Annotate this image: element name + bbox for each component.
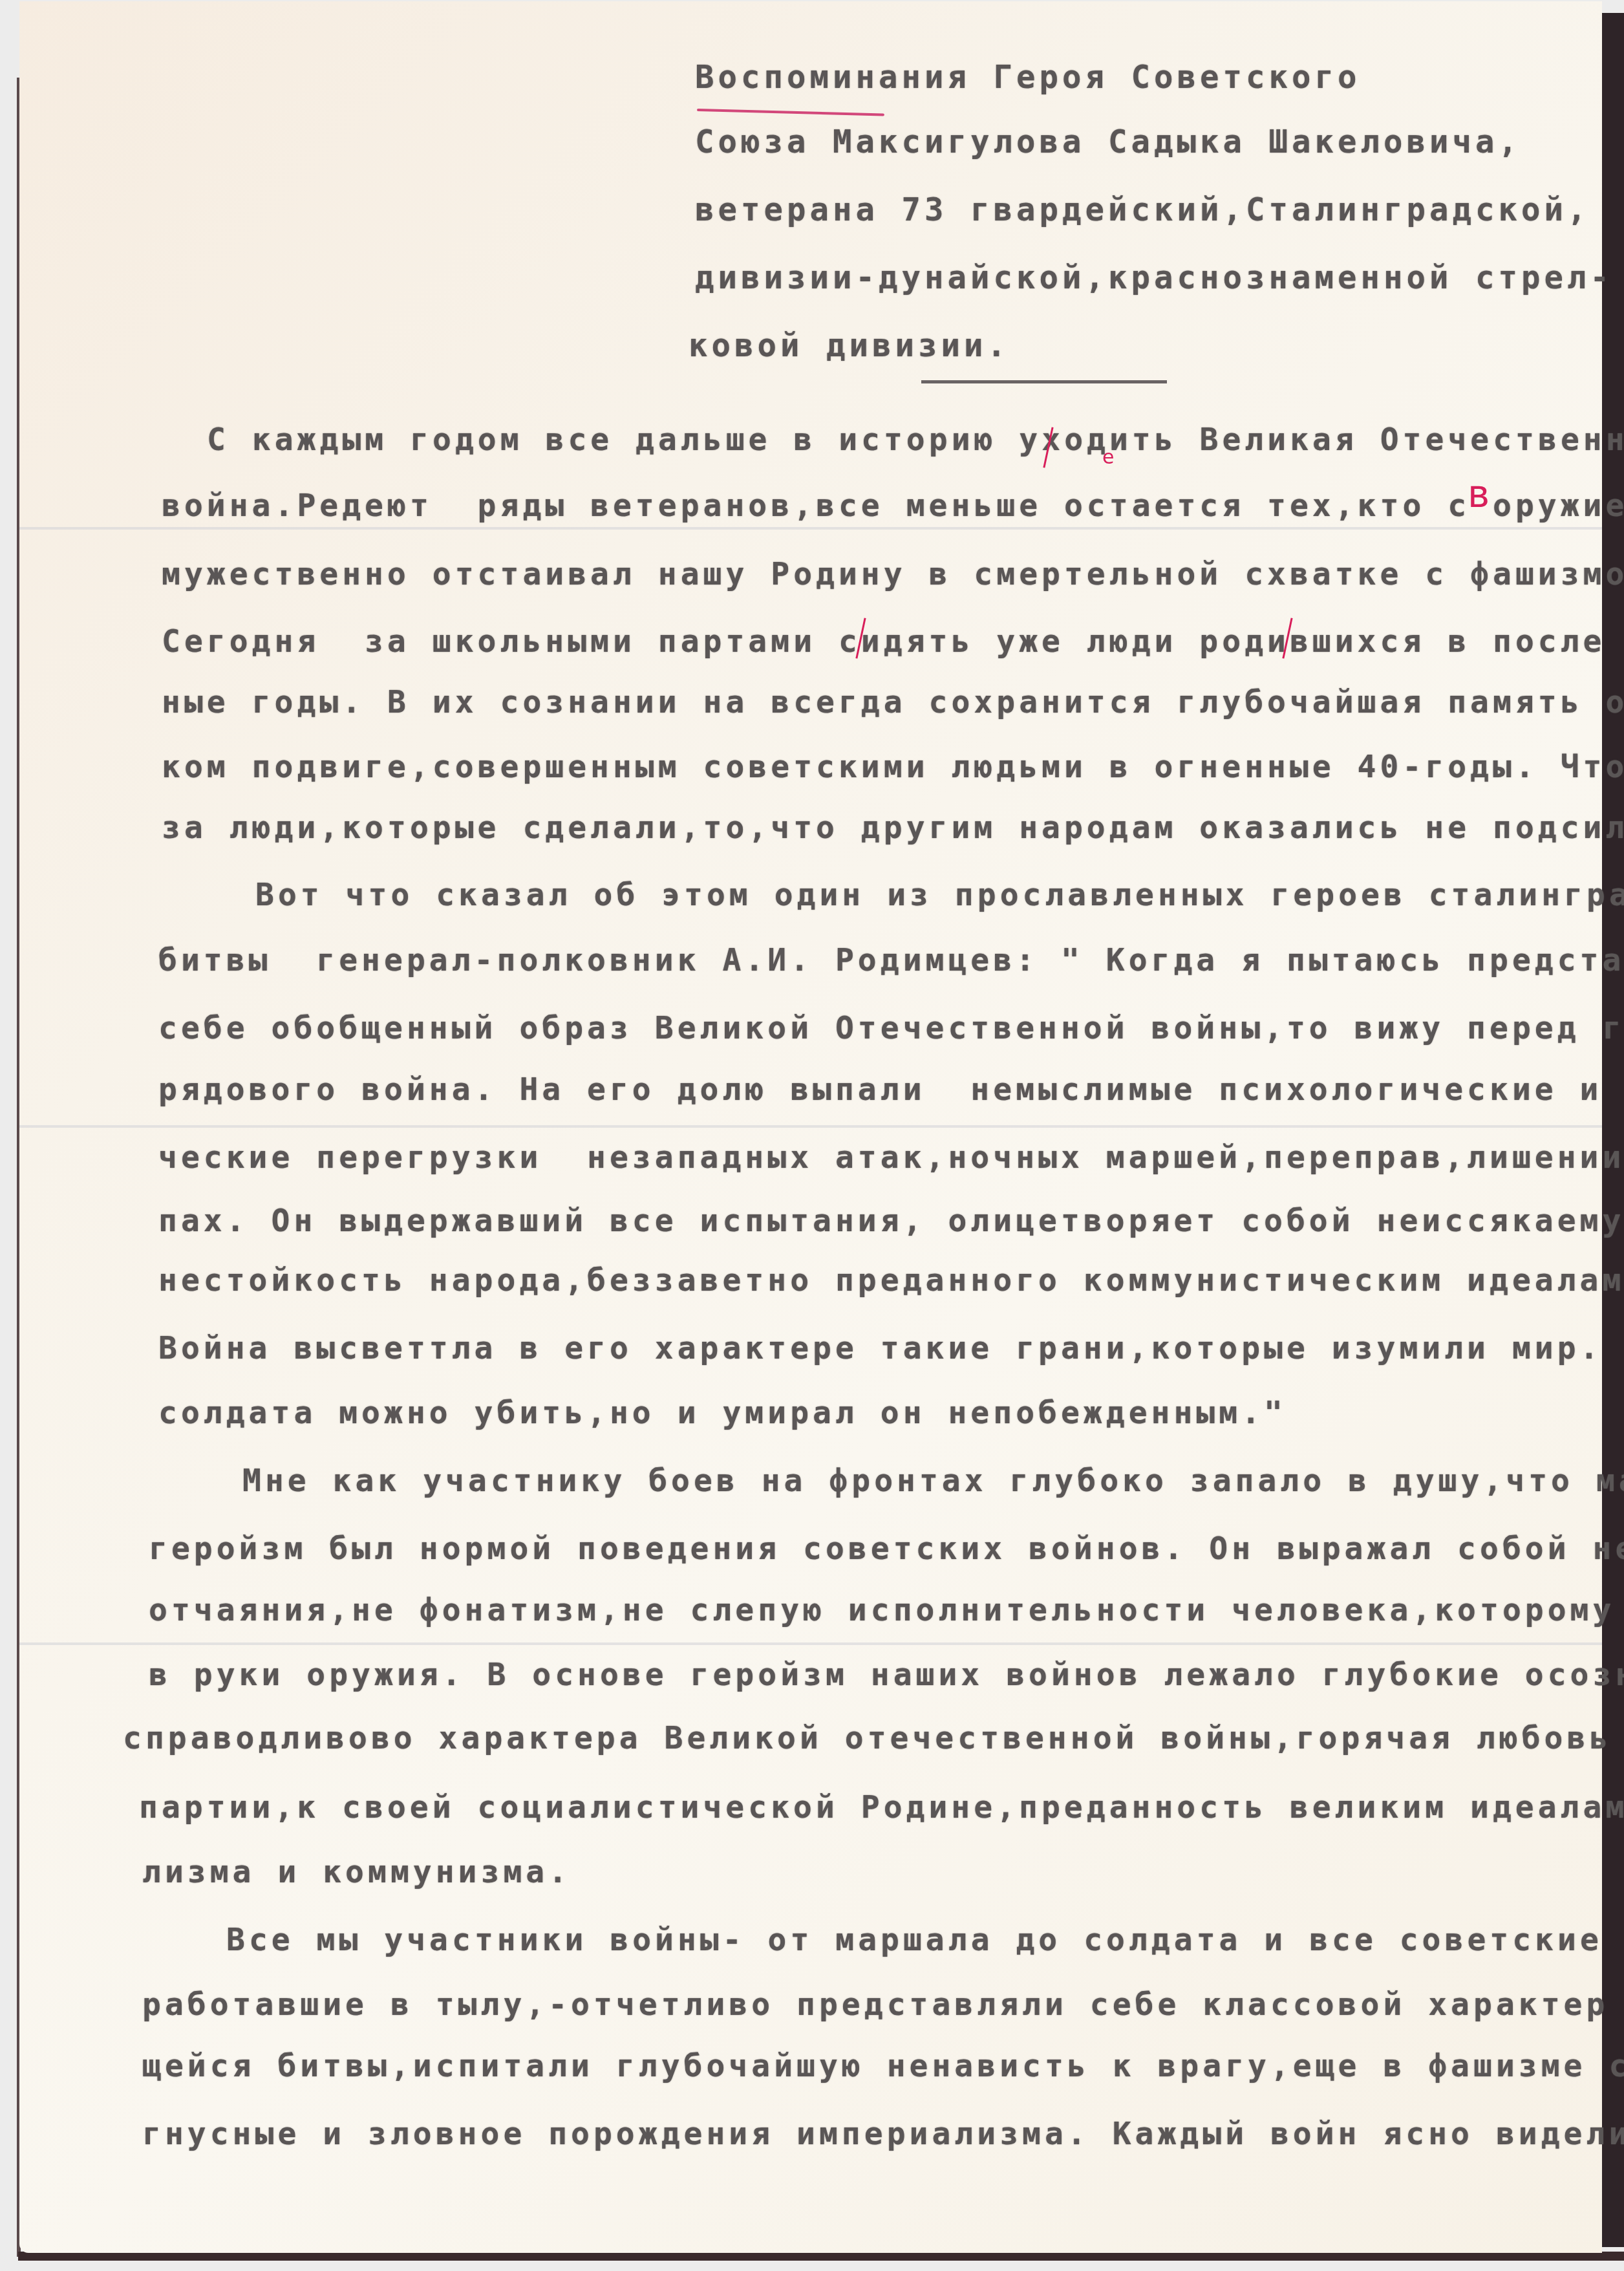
body-line: справодливово характера Великой отечеств… bbox=[123, 1719, 1624, 1758]
body-line: С каждым годом все дальше в историю уход… bbox=[207, 420, 1624, 459]
body-line: лизма и коммунизма. bbox=[142, 1853, 571, 1891]
body-line: Война высветтла в его характере такие гр… bbox=[158, 1329, 1624, 1368]
body-line: ные годы. В их сознании на всегда сохран… bbox=[162, 683, 1624, 722]
body-line: Сегодня за школьными партами сидять уже … bbox=[162, 622, 1624, 661]
body-line: мужественно отстаивал нашу Родину в смер… bbox=[162, 555, 1624, 594]
body-line: в руки оружия. В основе геройзм наших во… bbox=[149, 1655, 1624, 1694]
body-line: нестойкость народа,беззаветно преданного… bbox=[158, 1261, 1624, 1300]
body-line: Вот что сказал об этом один из прославле… bbox=[255, 876, 1624, 914]
body-line: ческие перегрузки незападных атак,ночных… bbox=[158, 1138, 1624, 1177]
body-line: щейся битвы,испитали глубочайшую ненавис… bbox=[142, 2047, 1624, 2085]
title-line: ковой дивизии. bbox=[689, 327, 1010, 365]
body-line: солдата можно убить,но и умирал он непоб… bbox=[158, 1394, 1287, 1432]
body-line: отчаяния,не фонатизм,не слепую исполните… bbox=[149, 1591, 1624, 1630]
body-line: ком подвиге,совершенным советскими людьм… bbox=[162, 748, 1624, 786]
scan-bottom-edge bbox=[18, 2252, 1624, 2261]
title-line: Союза Максигулова Садыка Шакеловича, bbox=[695, 123, 1521, 162]
body-line: рядового война. На его долю выпали немыс… bbox=[158, 1070, 1624, 1109]
scan-right-edge bbox=[1602, 13, 1624, 2247]
body-line: война.Редеют ряды ветеранов,все меньше о… bbox=[162, 486, 1624, 525]
paper-crease bbox=[19, 1642, 1602, 1645]
red-pen-correction: в bbox=[1468, 472, 1490, 516]
body-line: Все мы участники войны- от маршала до со… bbox=[226, 1921, 1624, 1959]
title-divider bbox=[921, 380, 1167, 383]
body-line: пах. Он выдержавший все испытания, олице… bbox=[158, 1201, 1624, 1240]
red-pen-correction: е bbox=[1102, 446, 1114, 469]
body-line: Мне как участнику боев на фронтах глубок… bbox=[242, 1461, 1624, 1500]
title-line: дивизии-дунайской,краснознаменной стрел- bbox=[695, 259, 1613, 297]
body-line: битвы генерал-полковник А.И. Родимцев: "… bbox=[158, 941, 1624, 980]
title-line: Воспоминания Героя Советского bbox=[695, 58, 1361, 97]
body-line: себе обобщенный образ Великой Отечествен… bbox=[158, 1009, 1624, 1048]
body-line: работавшие в тылу,-отчетливо представлял… bbox=[142, 1985, 1624, 2024]
paper-crease bbox=[19, 1125, 1602, 1128]
body-line: гнусные и зловное порождения империализм… bbox=[142, 2115, 1624, 2153]
paper-crease bbox=[19, 527, 1602, 530]
title-line: ветерана 73 гвардейский,Сталинградской, bbox=[695, 191, 1590, 230]
body-line: партии,к своей социалистической Родине,п… bbox=[139, 1788, 1624, 1827]
body-line: за люди,которые сделали,то,что другим на… bbox=[162, 808, 1624, 847]
body-line: геройзм был нормой поведения советских в… bbox=[149, 1529, 1624, 1568]
